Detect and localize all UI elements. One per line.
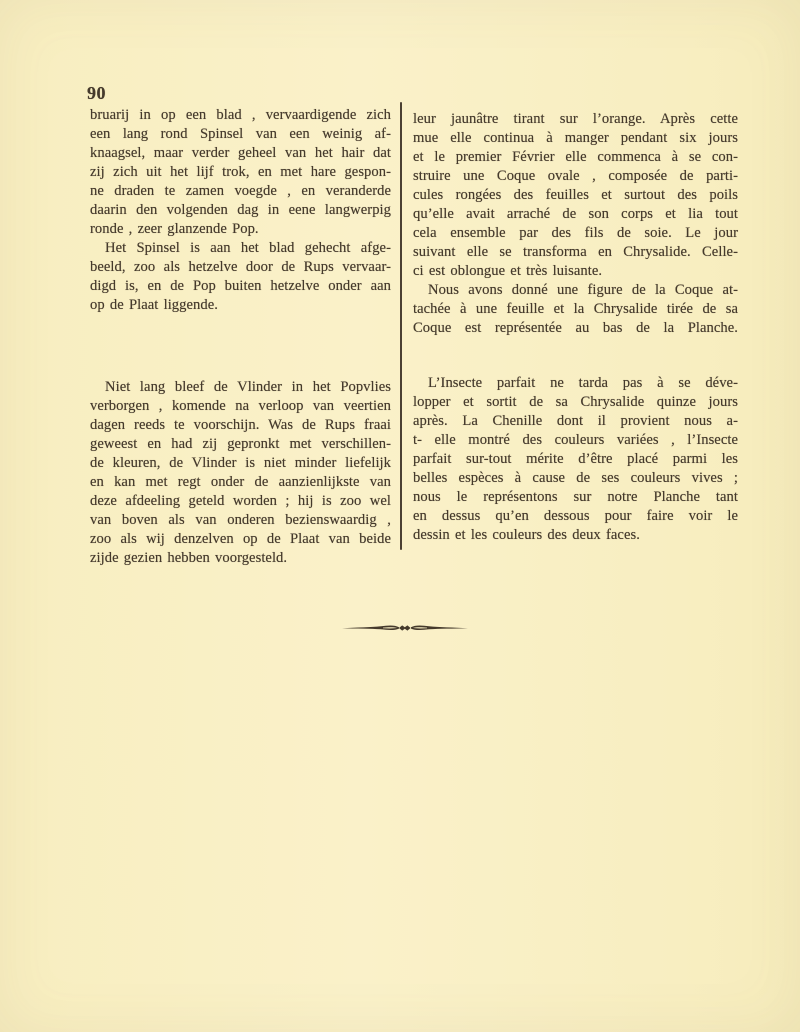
text-line: ronde , zeer glanzende Pop. [90,220,391,239]
text-line: struire une Coque ovale , composée de pa… [413,167,738,186]
text-line: Coque est représentée au bas de la Planc… [413,319,738,338]
text-line: knaagsel, maar verder geheel van het hai… [90,144,391,163]
text-line: L’Insecte parfait ne tarda pas à se déve… [413,374,738,393]
text-line: parfait sur-tout mérite d’être placé par… [413,450,738,469]
text-line: t- elle montré des couleurs variées , l’… [413,431,738,450]
paragraph: L’Insecte parfait ne tarda pas à se déve… [413,374,738,545]
text-line: deze afdeeling geteld worden ; hij is zo… [90,492,391,511]
text-line: digd is, en de Pop buiten hetzelve onder… [90,277,391,296]
paragraph: leur jaunâtre tirant sur l’orange. Après… [413,110,738,281]
text-line: cules rongées des feuilles et surtout de… [413,186,738,205]
page-number: 90 [87,83,106,104]
text-line: ne draden te zamen voegde , en veranderd… [90,182,391,201]
text-line: et le premier Février elle commenca à se… [413,148,738,167]
text-line: en kan met regt onder de aanzienlijkste … [90,473,391,492]
text-line: dagen reeds te voorschijn. Was de Rups f… [90,416,391,435]
paragraph: Nous avons donné une figure de la Coque … [413,281,738,338]
text-line: daarin den volgenden dag in eene langwer… [90,201,391,220]
text-line: op de Plaat liggende. [90,296,391,315]
text-line: qu’elle avait arraché de son corps et li… [413,205,738,224]
text-line: dessin et les couleurs des deux faces. [413,526,738,545]
text-line: nous le représentons sur notre Planche t… [413,488,738,507]
text-line: Het Spinsel is aan het blad gehecht afge… [90,239,391,258]
text-line: een lang rond Spinsel van een weinig af- [90,125,391,144]
text-line: zijde gezien hebben voorgesteld. [90,549,391,568]
text-line: verborgen , komende na verloop van veert… [90,397,391,416]
paragraph: Niet lang bleef de Vlinder in het Popvli… [90,378,391,568]
text-line: Niet lang bleef de Vlinder in het Popvli… [90,378,391,397]
text-line: beeld, zoo als hetzelve door de Rups ver… [90,258,391,277]
text-line: mue elle continua à manger pendant six j… [413,129,738,148]
right-column-french-text: leur jaunâtre tirant sur l’orange. Après… [413,110,738,545]
text-line: bruarij in op een blad , vervaardigende … [90,106,391,125]
text-line: leur jaunâtre tirant sur l’orange. Après… [413,110,738,129]
text-line: geweest en had zij gepronkt met verschil… [90,435,391,454]
paragraph: bruarij in op een blad , vervaardigende … [90,106,391,239]
book-page: 90 bruarij in op een blad , vervaardigen… [0,0,800,1032]
text-line: lopper et sortit de sa Chrysalide quinze… [413,393,738,412]
column-divider-rule [400,102,402,550]
tailpiece-rule-ornament-icon [341,621,469,635]
text-line: cela ensemble par des fils de soie. Le j… [413,224,738,243]
text-line: van boven als van onderen bezienswaardig… [90,511,391,530]
text-line: ci est oblongue et très luisante. [413,262,738,281]
text-line: belles espèces à cause de ses couleurs v… [413,469,738,488]
text-line: zoo als wij denzelven op de Plaat van be… [90,530,391,549]
text-line: suivant elle se transforma en Chrysalide… [413,243,738,262]
text-line: de kleuren, de Vlinder is niet minder li… [90,454,391,473]
left-column-dutch-text: bruarij in op een blad , vervaardigende … [90,106,391,568]
text-line: zij zich uit het lijf trok, en met hare … [90,163,391,182]
text-line: en dessus qu’en dessous pour faire voir … [413,507,738,526]
text-line: après. La Chenille dont il provient nous… [413,412,738,431]
text-line: tachée à une feuille et la Chrysalide ti… [413,300,738,319]
paragraph: Het Spinsel is aan het blad gehecht afge… [90,239,391,315]
text-line: Nous avons donné une figure de la Coque … [413,281,738,300]
